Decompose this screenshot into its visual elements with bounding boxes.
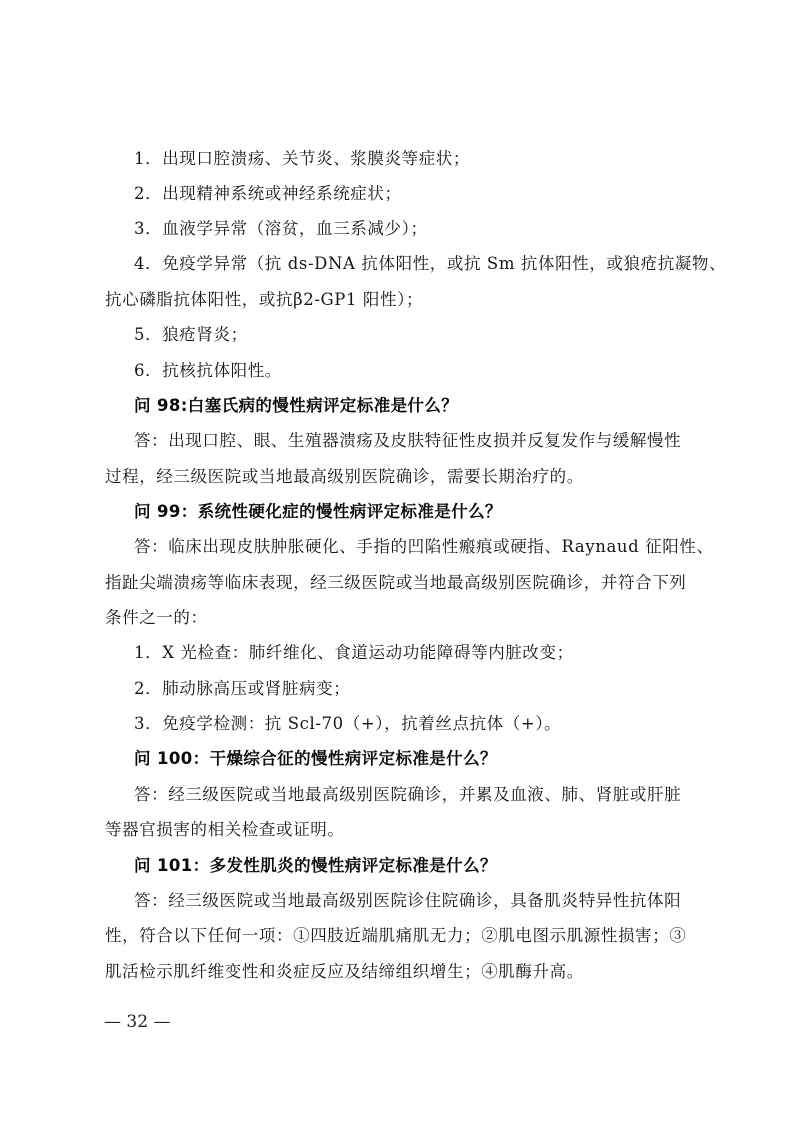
answer-line: 性，符合以下任何一项：①四肢近端肌痛肌无力；②肌电图示肌源性损害；③ xyxy=(105,925,686,947)
text-line: 3．血液学异常（溶贫，血三系减少）； xyxy=(134,218,428,240)
answer-line: 等器官损害的相关检查或证明。 xyxy=(105,819,344,841)
answer-line: 过程，经三级医院或当地最高级别医院确诊，需要长期治疗的。 xyxy=(105,466,584,488)
question-heading: 问 101：多发性肌炎的慢性病评定标准是什么？ xyxy=(134,855,497,877)
answer-line: 答：经三级医院或当地最高级别医院确诊，并累及血液、肺、肾脏或肝脏 xyxy=(134,784,681,806)
answer-line: 答：经三级医院或当地最高级别医院诊住院确诊，具备肌炎特异性抗体阳 xyxy=(134,890,681,912)
text-line: 5．狼疮肾炎； xyxy=(134,324,248,346)
text-line: 1．出现口腔溃疡、关节炎、浆膜炎等症状； xyxy=(134,148,470,170)
question-heading: 问 99：系统性硬化症的慢性病评定标准是什么？ xyxy=(134,501,502,523)
answer-line: 条件之一的： xyxy=(105,607,208,629)
text-line: 1．X 光检查：肺纤维化、食道运动功能障碍等内脏改变； xyxy=(134,642,574,664)
text-line: 2．肺动脉高压或肾脏病变； xyxy=(134,678,350,700)
question-heading: 问 100：干燥综合征的慢性病评定标准是什么？ xyxy=(134,748,497,770)
answer-line: 肌活检示肌纤维变性和炎症反应及结缔组织增生；④肌酶升高。 xyxy=(105,961,584,983)
answer-line: 答：临床出现皮肤肿胀硬化、手指的凹陷性瘢痕或硬指、Raynaud 征阳性、 xyxy=(134,536,714,558)
question-heading: 问 98:白塞氏病的慢性病评定标准是什么？ xyxy=(134,395,458,417)
answer-line: 指趾尖端溃疡等临床表现，经三级医院或当地最高级别医院确诊，并符合下列 xyxy=(105,572,686,594)
text-line: 3．免疫学检测：抗 Scl-70（+），抗着丝点抗体（+）。 xyxy=(134,713,561,735)
text-line: 4．免疫学异常（抗 ds-DNA 抗体阳性，或抗 Sm 抗体阳性，或狼疮抗凝物、 xyxy=(134,253,726,275)
document-page: 1．出现口腔溃疡、关节炎、浆膜炎等症状； 2．出现精神系统或神经系统症状； 3．… xyxy=(0,0,793,1122)
text-line: 2．出现精神系统或神经系统症状； xyxy=(134,183,402,205)
page-number: — 32 — xyxy=(104,1012,170,1032)
answer-line: 答：出现口腔、眼、生殖器溃疡及皮肤特征性皮损并反复发作与缓解慢性 xyxy=(134,430,681,452)
text-line: 6．抗核抗体阳性。 xyxy=(134,360,282,382)
text-line: 抗心磷脂抗体阳性，或抗β2-GP1 阳性）； xyxy=(105,289,423,311)
